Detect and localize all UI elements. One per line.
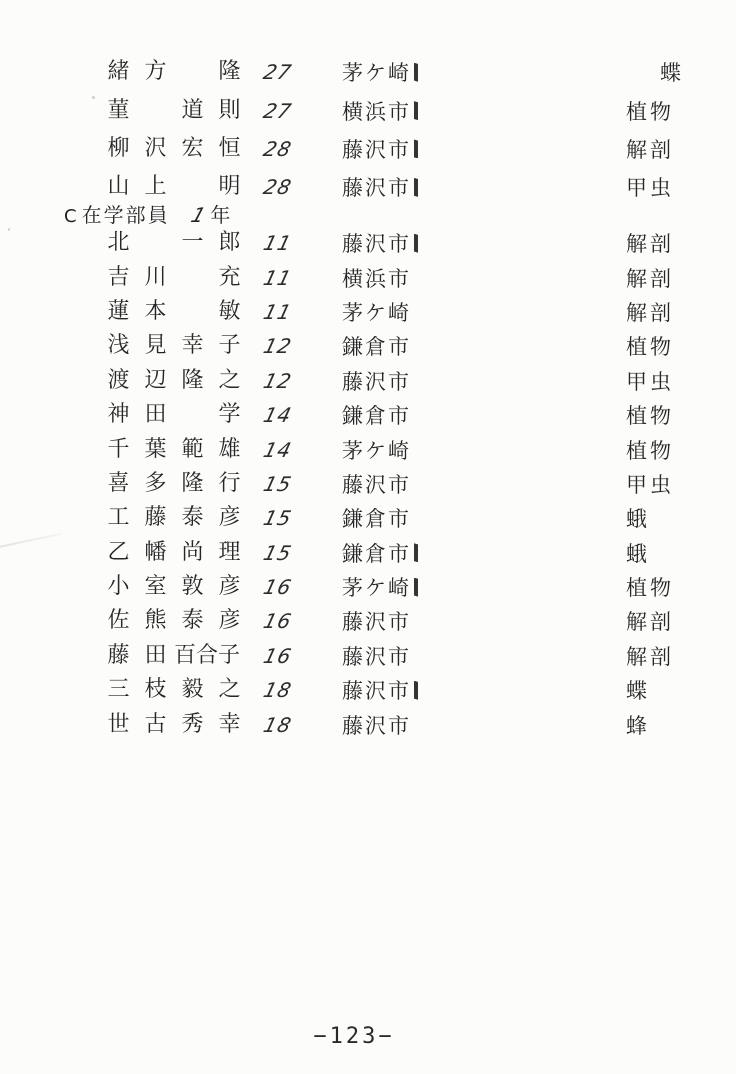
category-label: 蛾 — [626, 538, 736, 568]
category-label: 植物 — [626, 400, 736, 430]
member-row: 菫道則27横浜市植物 — [0, 91, 736, 129]
category-label: 蛾 — [626, 503, 736, 533]
age-value: 27 — [245, 99, 345, 123]
grade-number: 1 — [188, 203, 209, 227]
category-label: 解剖 — [626, 263, 736, 293]
name-char: 多 — [137, 473, 174, 495]
city-name: 藤沢市 — [342, 641, 547, 671]
city-name: 鎌倉市 — [342, 503, 547, 533]
age-value: 16 — [245, 609, 345, 633]
member-name: 緒方隆 — [100, 61, 248, 83]
member-row: 神田学14鎌倉市植物 — [0, 398, 736, 432]
name-char: 熊 — [137, 610, 174, 632]
city-name: 茅ケ崎 — [342, 57, 547, 87]
member-row: 吉川充11横浜市解剖 — [0, 260, 736, 294]
name-char: 上 — [137, 176, 174, 198]
name-char: 則 — [211, 100, 248, 122]
member-name: 蓮本敏 — [100, 301, 248, 323]
name-char: 藤 — [137, 507, 174, 529]
city-name: 藤沢市 — [342, 469, 547, 499]
member-row: 世古秀幸18藤沢市蜂 — [0, 707, 736, 741]
name-char: 恒 — [211, 138, 248, 160]
category-label: 蜂 — [626, 710, 736, 740]
name-char: 小 — [100, 576, 137, 598]
member-row: 北一郎11藤沢市解剖 — [0, 226, 736, 260]
age-value: 11 — [245, 300, 345, 324]
name-char: 彦 — [211, 576, 248, 598]
redacted-address-mark — [414, 101, 418, 120]
scan-artifact-speck — [8, 228, 10, 231]
age-value: 16 — [245, 644, 345, 668]
category-label: 甲虫 — [626, 172, 736, 202]
category-label: 植物 — [626, 435, 736, 465]
member-name: 山上明 — [100, 176, 248, 198]
member-row: 工藤泰彦15鎌倉市蛾 — [0, 501, 736, 535]
name-char — [137, 100, 174, 122]
name-char: 北 — [100, 232, 137, 254]
name-char: 彦 — [211, 507, 248, 529]
name-char: 田 — [137, 404, 174, 426]
category-label: 植物 — [626, 331, 736, 361]
member-name: 藤田百合子 — [100, 645, 248, 667]
age-value: 15 — [245, 506, 345, 530]
age-value: 12 — [245, 334, 345, 358]
name-char: 理 — [211, 542, 248, 564]
age-value: 15 — [245, 472, 345, 496]
name-char: 彦 — [211, 610, 248, 632]
member-name: 佐熊泰彦 — [100, 610, 248, 632]
member-name: 吉川充 — [100, 267, 248, 289]
name-char: 菫 — [100, 100, 137, 122]
name-char — [174, 301, 211, 323]
name-char: 田 — [137, 645, 174, 667]
member-name: 世古秀幸 — [100, 714, 248, 736]
redacted-address-mark — [414, 234, 418, 253]
age-value: 11 — [245, 231, 345, 255]
name-char: 本 — [137, 301, 174, 323]
name-char: 山 — [100, 176, 137, 198]
name-char: 隆 — [174, 370, 211, 392]
member-name: 菫道則 — [100, 100, 248, 122]
name-char: 葉 — [137, 439, 174, 461]
redacted-address-mark — [414, 139, 418, 158]
name-char — [137, 232, 174, 254]
name-char: 学 — [211, 404, 248, 426]
age-value: 27 — [245, 60, 345, 84]
city-name: 藤沢市 — [342, 675, 547, 705]
age-value: 12 — [245, 369, 345, 393]
category-label: 植物 — [626, 572, 736, 602]
age-value: 18 — [245, 713, 345, 737]
page-number: −123− — [0, 1024, 722, 1049]
city-name: 藤沢市 — [342, 228, 547, 258]
name-char: 世 — [100, 714, 137, 736]
name-char: 辺 — [137, 370, 174, 392]
name-char: 乙 — [100, 542, 137, 564]
name-char: 喜 — [100, 473, 137, 495]
redacted-address-mark — [414, 178, 418, 197]
member-row: 渡辺隆之12藤沢市甲虫 — [0, 364, 736, 398]
name-char: 蓮 — [100, 301, 137, 323]
name-char: 秀 — [174, 714, 211, 736]
member-name: 浅見幸子 — [100, 335, 248, 357]
age-value: 16 — [245, 575, 345, 599]
category-label: 甲虫 — [626, 469, 736, 499]
scan-artifact-speck — [110, 352, 112, 354]
name-char: 幸 — [211, 714, 248, 736]
age-value: 15 — [245, 541, 345, 565]
name-char: 緒 — [100, 61, 137, 83]
member-row: 千葉範雄14茅ケ崎植物 — [0, 432, 736, 466]
senior-member-list: 緒方隆27茅ケ崎蝶菫道則27横浜市植物柳沢宏恒28藤沢市解剖山上明28藤沢市甲虫 — [0, 53, 736, 207]
member-name: 三枝毅之 — [100, 679, 248, 701]
name-char: 充 — [211, 267, 248, 289]
redacted-address-mark — [414, 543, 418, 562]
age-value: 11 — [245, 266, 345, 290]
name-char: 敏 — [211, 301, 248, 323]
member-row: 小室敦彦16茅ケ崎植物 — [0, 570, 736, 604]
name-char: 道 — [174, 100, 211, 122]
member-row: 佐熊泰彦16藤沢市解剖 — [0, 604, 736, 638]
name-char: 百合子 — [174, 645, 211, 667]
scanned-roster-page: 緒方隆27茅ケ崎蝶菫道則27横浜市植物柳沢宏恒28藤沢市解剖山上明28藤沢市甲虫… — [0, 0, 736, 1074]
name-char: 泰 — [174, 610, 211, 632]
name-char: 見 — [137, 335, 174, 357]
city-name: 鎌倉市 — [342, 331, 547, 361]
age-value: 14 — [245, 438, 345, 462]
section-header: C 在学部員 1 年 — [64, 199, 230, 228]
name-char: 神 — [100, 404, 137, 426]
member-name: 北一郎 — [100, 232, 248, 254]
name-char: 浅 — [100, 335, 137, 357]
member-row: 緒方隆27茅ケ崎蝶 — [0, 53, 736, 91]
city-name: 藤沢市 — [342, 172, 547, 202]
name-char: 沢 — [137, 138, 174, 160]
student-member-list: 北一郎11藤沢市解剖吉川充11横浜市解剖蓮本敏11茅ケ崎解剖浅見幸子12鎌倉市植… — [0, 226, 736, 742]
city-name: 茅ケ崎 — [342, 297, 547, 327]
category-label: 解剖 — [626, 641, 736, 671]
member-row: 柳沢宏恒28藤沢市解剖 — [0, 130, 736, 168]
name-char: 三 — [100, 679, 137, 701]
name-char — [174, 61, 211, 83]
section-title: 在学部員 — [82, 199, 170, 228]
age-value: 14 — [245, 403, 345, 427]
city-name: 藤沢市 — [342, 134, 547, 164]
member-name: 柳沢宏恒 — [100, 138, 248, 160]
section-code: C — [64, 206, 78, 227]
name-char: 枝 — [137, 679, 174, 701]
name-char: 藤 — [100, 645, 137, 667]
name-char: 柳 — [100, 138, 137, 160]
name-char: 範 — [174, 439, 211, 461]
name-char — [174, 176, 211, 198]
name-char: 吉 — [100, 267, 137, 289]
member-row: 喜多隆行15藤沢市甲虫 — [0, 467, 736, 501]
name-char: 室 — [137, 576, 174, 598]
city-name: 鎌倉市 — [342, 538, 547, 568]
name-char: 行 — [211, 473, 248, 495]
city-name: 藤沢市 — [342, 366, 547, 396]
name-char — [174, 404, 211, 426]
name-char: 方 — [137, 61, 174, 83]
name-char: 毅 — [174, 679, 211, 701]
city-name: 茅ケ崎 — [342, 572, 547, 602]
name-char: 宏 — [174, 138, 211, 160]
name-char: 川 — [137, 267, 174, 289]
name-char: 泰 — [174, 507, 211, 529]
category-label: 解剖 — [626, 134, 736, 164]
name-char: 雄 — [211, 439, 248, 461]
name-char: 郎 — [211, 232, 248, 254]
city-name: 藤沢市 — [342, 606, 547, 636]
age-value: 18 — [245, 678, 345, 702]
name-char — [174, 267, 211, 289]
member-row: 三枝毅之18藤沢市蝶 — [0, 673, 736, 707]
member-name: 渡辺隆之 — [100, 370, 248, 392]
name-char: 佐 — [100, 610, 137, 632]
name-char: 渡 — [100, 370, 137, 392]
city-name: 横浜市 — [342, 263, 547, 293]
redacted-address-mark — [414, 63, 418, 82]
category-label: 蝶 — [626, 57, 736, 87]
name-char: 之 — [211, 370, 248, 392]
member-name: 小室敦彦 — [100, 576, 248, 598]
name-char: 幡 — [137, 542, 174, 564]
member-name: 喜多隆行 — [100, 473, 248, 495]
city-name: 藤沢市 — [342, 710, 547, 740]
member-name: 工藤泰彦 — [100, 507, 248, 529]
name-char: 工 — [100, 507, 137, 529]
member-name: 乙幡尚理 — [100, 542, 248, 564]
category-label: 蝶 — [626, 675, 736, 705]
city-name: 横浜市 — [342, 96, 547, 126]
name-char: 尚 — [174, 542, 211, 564]
name-char: 明 — [211, 176, 248, 198]
member-name: 千葉範雄 — [100, 439, 248, 461]
member-name: 神田学 — [100, 404, 248, 426]
city-name: 茅ケ崎 — [342, 435, 547, 465]
scan-artifact-speck — [92, 96, 95, 99]
name-char: 幸 — [174, 335, 211, 357]
category-label: 甲虫 — [626, 366, 736, 396]
redacted-address-mark — [414, 681, 418, 700]
age-value: 28 — [245, 175, 345, 199]
name-char — [211, 645, 248, 667]
member-row: 浅見幸子12鎌倉市植物 — [0, 329, 736, 363]
name-char: 敦 — [174, 576, 211, 598]
name-char: 隆 — [211, 61, 248, 83]
name-char: 古 — [137, 714, 174, 736]
name-char: 隆 — [174, 473, 211, 495]
name-char: 子 — [211, 335, 248, 357]
member-row: 藤田百合子16藤沢市解剖 — [0, 639, 736, 673]
category-label: 解剖 — [626, 297, 736, 327]
city-name: 鎌倉市 — [342, 400, 547, 430]
member-row: 乙幡尚理15鎌倉市蛾 — [0, 536, 736, 570]
category-label: 解剖 — [626, 606, 736, 636]
age-value: 28 — [245, 137, 345, 161]
category-label: 解剖 — [626, 228, 736, 258]
name-char: 之 — [211, 679, 248, 701]
member-row: 蓮本敏11茅ケ崎解剖 — [0, 295, 736, 329]
grade-unit: 年 — [210, 199, 230, 228]
redacted-address-mark — [414, 578, 418, 597]
category-label: 植物 — [626, 96, 736, 126]
name-char: 千 — [100, 439, 137, 461]
name-char: 一 — [174, 232, 211, 254]
